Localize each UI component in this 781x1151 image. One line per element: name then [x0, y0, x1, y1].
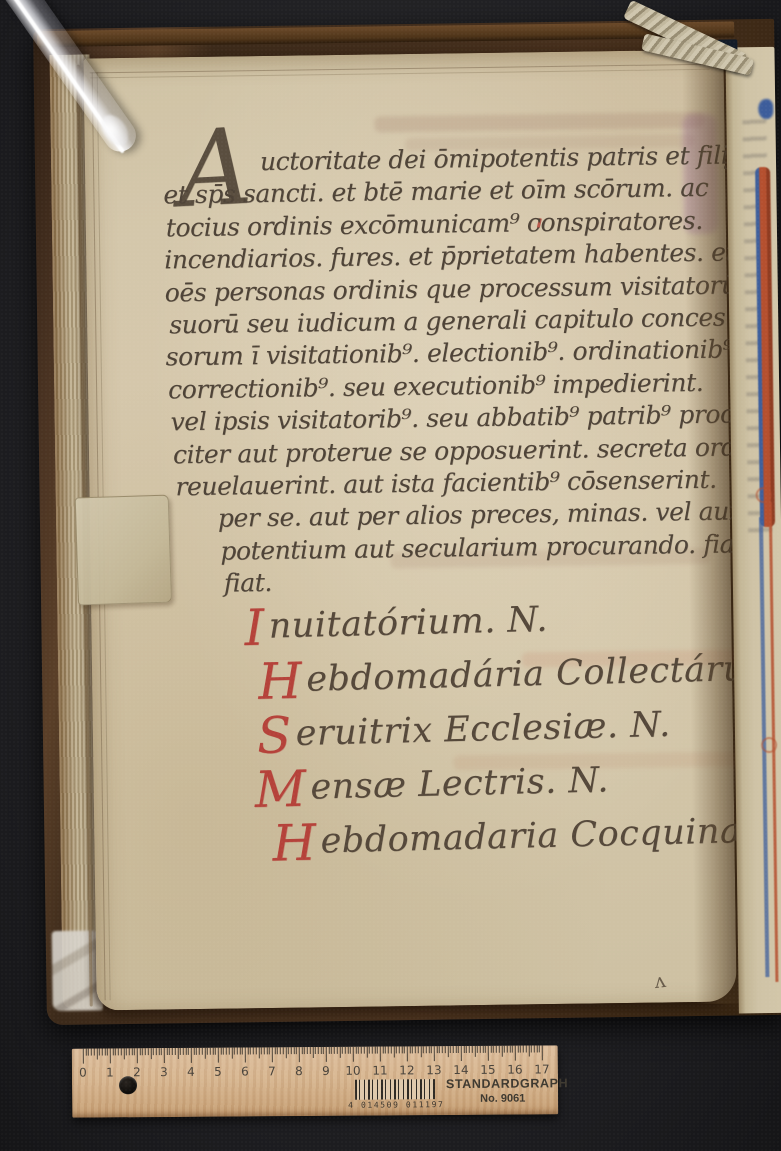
ruler-tick [315, 1047, 316, 1054]
ruler-tick [528, 1046, 529, 1057]
ruler-tick [493, 1046, 494, 1053]
ruler-tick [245, 1047, 246, 1062]
ruler-tick [85, 1049, 86, 1056]
ruler-tick [134, 1048, 135, 1055]
ruler-tick [210, 1048, 211, 1055]
ruler-number: 10 [345, 1064, 360, 1078]
ruler-tick [304, 1047, 305, 1054]
barcode [355, 1079, 435, 1100]
ruler-tick [164, 1048, 165, 1063]
ruler-tick [150, 1048, 151, 1059]
ruler-tick [474, 1046, 475, 1057]
ruler-tick [328, 1047, 329, 1054]
ruler-tick [507, 1046, 508, 1053]
ruler-tick [323, 1047, 324, 1054]
ruler-tick [118, 1048, 119, 1055]
open-book: ʌ A uctoritate dei ōmipotentis patris et… [33, 19, 781, 1025]
ruler-tick [520, 1046, 521, 1053]
ruler-tick [353, 1047, 354, 1062]
ruler-number: 9 [322, 1064, 330, 1078]
ruler-tick [269, 1047, 270, 1054]
ruler-tick [234, 1048, 235, 1055]
ruler-tick [156, 1048, 157, 1055]
ruler-tick [126, 1048, 127, 1055]
ruler-tick [204, 1048, 205, 1059]
list-item-text: nuitatórium. N. [268, 600, 548, 647]
ruler-number: 16 [507, 1063, 522, 1077]
ruler-tick [247, 1047, 248, 1054]
ruler-tick [447, 1046, 448, 1057]
ruler-tick [99, 1049, 100, 1056]
ruler-tick [212, 1048, 213, 1055]
ruler-tick [83, 1049, 84, 1064]
ruler-tick [264, 1047, 265, 1054]
ruler-tick [258, 1047, 259, 1058]
ruler-tick [272, 1047, 273, 1062]
ruler-tick [461, 1046, 462, 1061]
ruler-tick [94, 1049, 95, 1056]
ruler-tick [110, 1048, 111, 1063]
ruler-tick [458, 1046, 459, 1053]
ruler-number: 3 [160, 1065, 168, 1079]
ruler-tick [369, 1047, 370, 1054]
ruler-tick [418, 1046, 419, 1053]
top-ruling-line [90, 64, 710, 74]
ruler-tick [523, 1046, 524, 1053]
ruler-tick [177, 1048, 178, 1059]
ruler-tick [477, 1046, 478, 1053]
ruler-tick [388, 1046, 389, 1053]
rubricated-initial: H [272, 814, 318, 873]
red-curlicue [756, 487, 772, 503]
ruler-tick [509, 1046, 510, 1053]
ruler-tick [202, 1048, 203, 1055]
ruler-tick [372, 1047, 373, 1054]
ruler-tick [320, 1047, 321, 1054]
ruler-tick [526, 1046, 527, 1053]
ruler-tick [472, 1046, 473, 1053]
ruler-brand: STANDARDGRAPH [446, 1076, 568, 1091]
ruler-tick [361, 1047, 362, 1054]
ruler-tick [366, 1047, 367, 1058]
fore-edge-tab [75, 495, 172, 606]
ruler-tick [326, 1047, 327, 1062]
ruler-tick [196, 1048, 197, 1055]
ruler-tick [404, 1046, 405, 1053]
ruler-tick [496, 1046, 497, 1053]
ruler-tick [307, 1047, 308, 1054]
ruler-tick [115, 1048, 116, 1055]
ruler-tick [218, 1048, 219, 1063]
ruler-tick [137, 1048, 138, 1063]
ruler-tick [91, 1049, 92, 1056]
ruler-tick [142, 1048, 143, 1055]
ruler-tick [191, 1048, 192, 1063]
ruler-tick [207, 1048, 208, 1055]
ruler: 4 014509 011197 STANDARDGRAPH No. 9061 0… [72, 1045, 558, 1117]
ruler-number: 15 [480, 1063, 495, 1077]
ruler-tick [364, 1047, 365, 1054]
ruler-tick [231, 1048, 232, 1059]
ruler-tick [199, 1048, 200, 1055]
ruler-number: 8 [295, 1064, 303, 1078]
manuscript-photo: ʌ A uctoritate dei ōmipotentis patris et… [0, 0, 781, 1151]
ruler-tick [153, 1048, 154, 1055]
ruler-tick [107, 1048, 108, 1055]
ruler-tick [401, 1046, 402, 1053]
ruler-tick [102, 1048, 103, 1055]
ruler-tick [415, 1046, 416, 1053]
rubricated-initial: S [256, 706, 292, 765]
ruler-tick [455, 1046, 456, 1053]
ruler-tick [515, 1046, 516, 1061]
list-item-text: eruitrix Ecclesiæ. N. [295, 705, 671, 754]
ruler-number: 11 [372, 1063, 387, 1077]
ruler-tick [193, 1048, 194, 1055]
ruler-tick [283, 1047, 284, 1054]
ruler-tick [536, 1045, 537, 1052]
ruler-tick [501, 1046, 502, 1057]
ruler-tick [420, 1046, 421, 1057]
ruler-tick [409, 1046, 410, 1053]
ruler-tick [172, 1048, 173, 1055]
ruler-tick [148, 1048, 149, 1055]
latin-text-block: uctoritate dei ōmipotentis patris et fil… [163, 139, 769, 601]
ruler-tick [220, 1048, 221, 1055]
ruler-number: 1 [106, 1065, 114, 1079]
ruler-tick [482, 1046, 483, 1053]
ruler-tick [393, 1046, 394, 1057]
ruler-number: 2 [133, 1065, 141, 1079]
ruler-tick [469, 1046, 470, 1053]
ruler-tick [256, 1047, 257, 1054]
ruler-tick [296, 1047, 297, 1054]
blue-initial-fragment [758, 99, 773, 119]
ruler-tick [358, 1047, 359, 1054]
ruler-tick [175, 1048, 176, 1055]
ruler-tick [450, 1046, 451, 1053]
ruler-number: 5 [214, 1065, 222, 1079]
ruler-number: 17 [534, 1062, 549, 1076]
rubricated-initial: M [254, 760, 307, 819]
ruler-tick [158, 1048, 159, 1055]
ruler-number: 12 [399, 1063, 414, 1077]
ruler-tick [485, 1046, 486, 1053]
ruler-tick [380, 1047, 381, 1062]
ruler-tick [488, 1046, 489, 1061]
ruler-tick [504, 1046, 505, 1053]
ruler-tick [215, 1048, 216, 1055]
ruler-tick [166, 1048, 167, 1055]
ruler-tick [423, 1046, 424, 1053]
rubricated-initial: H [258, 652, 304, 711]
ruler-tick [299, 1047, 300, 1062]
ink-showthrough [374, 112, 704, 133]
ruler-tick [312, 1047, 313, 1058]
ruler-tick [277, 1047, 278, 1054]
ruler-tick [242, 1048, 243, 1055]
ruler-tick [280, 1047, 281, 1054]
ruler-tick [426, 1046, 427, 1053]
ruler-tick [374, 1047, 375, 1054]
ruler-tick [399, 1046, 400, 1053]
ruler-tick [396, 1046, 397, 1053]
ruler-tick [301, 1047, 302, 1054]
barcode-digits: 4 014509 011197 [348, 1100, 448, 1110]
ruler-tick [534, 1045, 535, 1052]
ruler-tick [229, 1048, 230, 1055]
ruler-tick [442, 1046, 443, 1053]
ruler-tick [453, 1046, 454, 1053]
ruler-tick [250, 1047, 251, 1054]
ruler-tick [104, 1048, 105, 1055]
ruler-tick [466, 1046, 467, 1053]
ruler-tick [463, 1046, 464, 1053]
ruler-tick [499, 1046, 500, 1053]
ruler-tick [226, 1048, 227, 1055]
ruler-tick [334, 1047, 335, 1054]
ruler-tick [517, 1046, 518, 1053]
ruler-tick [88, 1049, 89, 1056]
ruler-tick [350, 1047, 351, 1054]
leather-cover-top-edge [37, 21, 734, 47]
ruler-tick [253, 1047, 254, 1054]
ruler-tick [339, 1047, 340, 1058]
ruler-tick [347, 1047, 348, 1054]
ruler-tick [129, 1048, 130, 1055]
ruler-tick [123, 1048, 124, 1059]
ruler-tick [112, 1048, 113, 1055]
ruler-tick [434, 1046, 435, 1061]
ruler-number: 0 [79, 1066, 87, 1080]
ruler-number: 14 [453, 1063, 468, 1077]
ruler-tick [239, 1048, 240, 1055]
ruler-tick [183, 1048, 184, 1055]
ruler-tick [480, 1046, 481, 1053]
ruler-tick [377, 1047, 378, 1054]
ruler-tick [145, 1048, 146, 1055]
ruler-tick [342, 1047, 343, 1054]
ruler-tick [293, 1047, 294, 1054]
ruler-number: 13 [426, 1063, 441, 1077]
ruler-tick [318, 1047, 319, 1054]
ruler-tick [161, 1048, 162, 1055]
ruler-number: 6 [241, 1064, 249, 1078]
ruler-tick [337, 1047, 338, 1054]
ruler-tick [185, 1048, 186, 1055]
ruler-tick [391, 1046, 392, 1053]
ruler-tick [223, 1048, 224, 1055]
ruler-tick [385, 1047, 386, 1054]
ruler-tick [96, 1049, 97, 1060]
ruler-tick [436, 1046, 437, 1053]
ruler-tick [412, 1046, 413, 1053]
ruler-tick [345, 1047, 346, 1054]
ruler-tick [285, 1047, 286, 1058]
ruler-tick [274, 1047, 275, 1054]
rubricated-initial: I [244, 599, 266, 657]
ruler-number: 7 [268, 1064, 276, 1078]
ruler-tick [407, 1046, 408, 1061]
ruler-tick [310, 1047, 311, 1054]
ruler-tick [382, 1047, 383, 1054]
ruler-tick [266, 1047, 267, 1054]
ruler-tick [512, 1046, 513, 1053]
ruler-model: No. 9061 [480, 1093, 525, 1105]
marginal-ink-mark: ʌ [653, 968, 667, 993]
ruler-number: 4 [187, 1065, 195, 1079]
ruler-tick [428, 1046, 429, 1053]
ruler-tick [237, 1048, 238, 1055]
ruler-tick [490, 1046, 491, 1053]
verso-page: ʌ A uctoritate dei ōmipotentis patris et… [83, 50, 736, 1011]
ruler-tick [355, 1047, 356, 1054]
ruler-tick [539, 1045, 540, 1052]
ruler-tick [291, 1047, 292, 1054]
ruler-tick [139, 1048, 140, 1055]
ruler-tick [188, 1048, 189, 1055]
list-item-text: ensæ Lectris. N. [310, 760, 609, 807]
ruler-tick [445, 1046, 446, 1053]
ruler-tick [288, 1047, 289, 1054]
ruler-tick [431, 1046, 432, 1053]
ruler-tick [261, 1047, 262, 1054]
ruler-tick [180, 1048, 181, 1055]
ruler-tick [169, 1048, 170, 1055]
ruler-tick [331, 1047, 332, 1054]
ruler-tick [121, 1048, 122, 1055]
ruler-tick [542, 1045, 543, 1060]
ruler-tick [131, 1048, 132, 1055]
ruler-tick [531, 1045, 532, 1052]
ruler-tick [439, 1046, 440, 1053]
